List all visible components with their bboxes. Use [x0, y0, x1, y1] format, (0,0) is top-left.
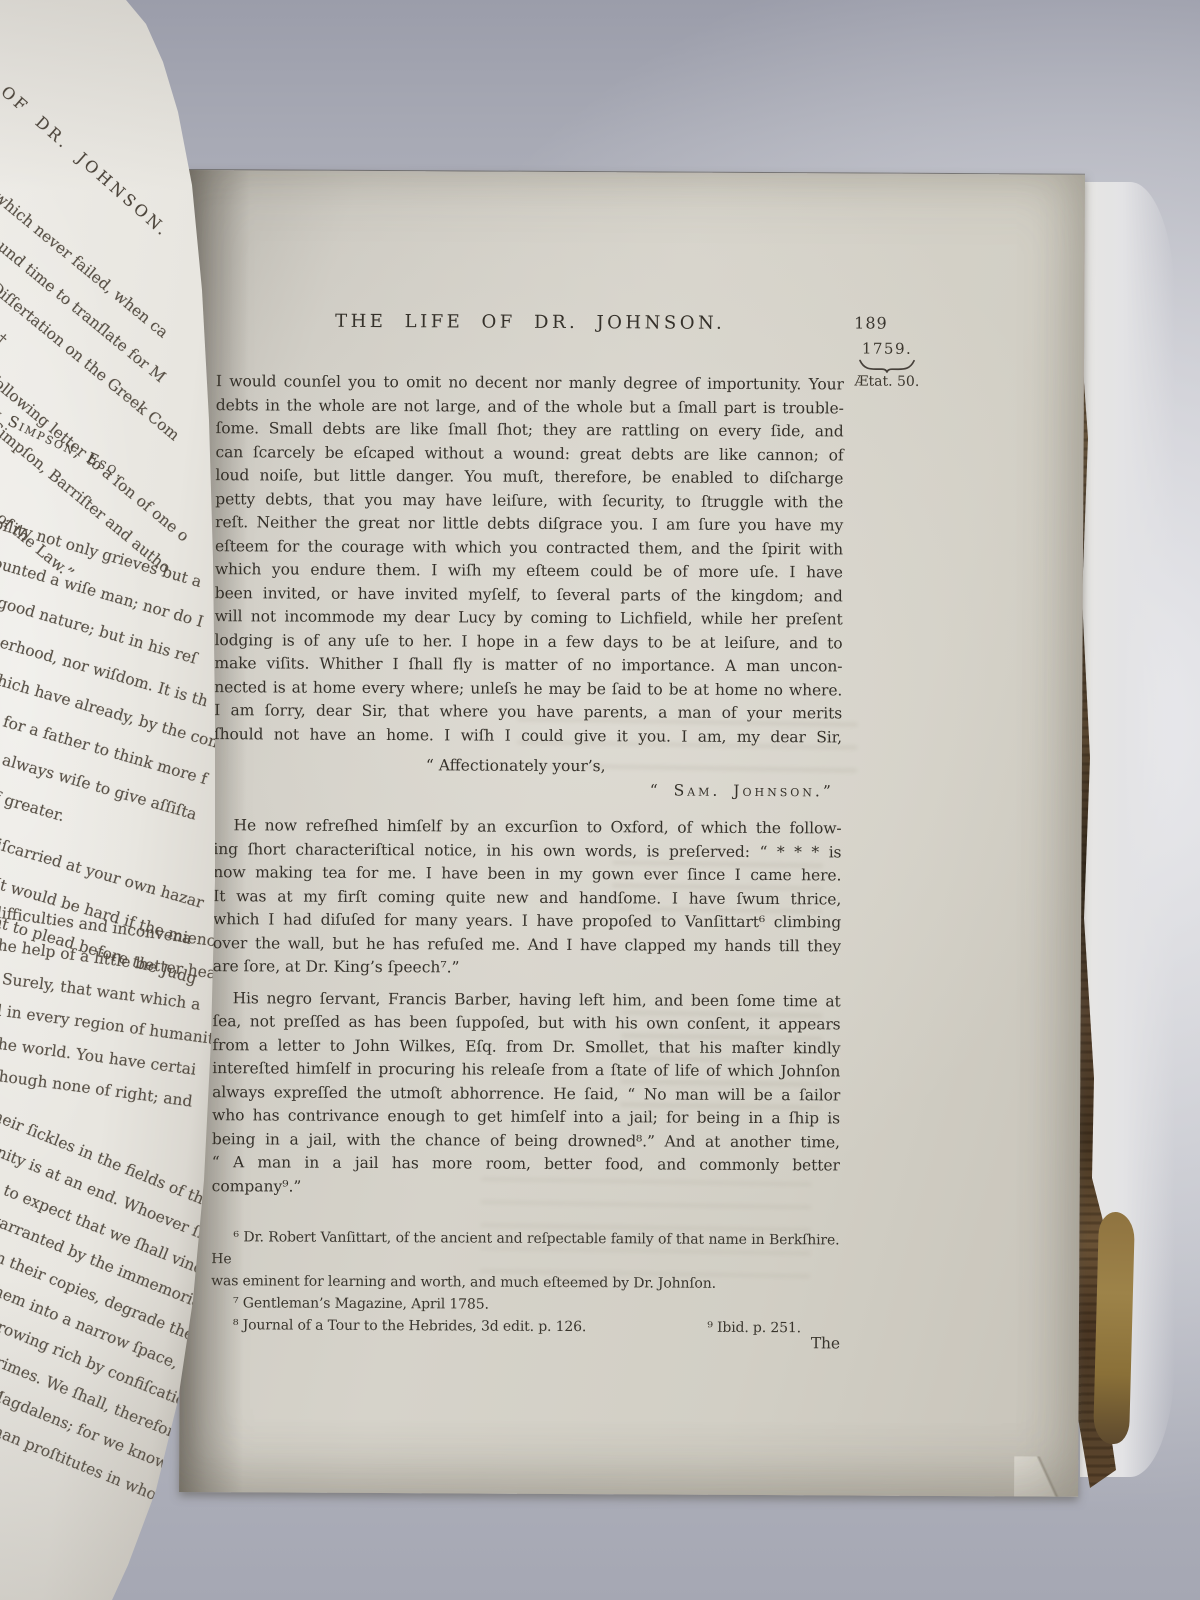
paragraph-line: who has contrivance enough to get himſel… [212, 1104, 840, 1131]
fore-edge-tan-patch [1093, 1212, 1135, 1445]
letter-line: which you endure them. I wiſh my eſteem … [215, 558, 843, 585]
letter-line: make viſits. Whither I ſhall fly is matt… [214, 652, 842, 679]
page-corner-fold [1014, 1456, 1076, 1496]
letter-to-simpson-body: I would counſel you to omit no decent no… [214, 370, 844, 749]
footnote-8: ⁸ Journal of a Tour to the Hebrides, 3d … [211, 1314, 586, 1338]
oxford-paragraph-last-line: are ſore, at Dr. King’s ſpeech⁷.” [213, 955, 841, 982]
paragraph-line: always expreſſed the utmoſt abhorrence. … [212, 1081, 840, 1108]
letter-line: loud noiſe, but little danger. You muſt,… [215, 464, 843, 491]
paragraph-line: intereſted himſelf in procuring his rele… [212, 1057, 840, 1084]
footnotes: ⁶ Dr. Robert Vanſittart, of the ancient … [211, 1226, 840, 1354]
catchword: The [811, 1332, 839, 1354]
margin-year: 1759. [845, 339, 929, 357]
running-header: THE LIFE OF DR. JOHNSON. [216, 308, 844, 337]
letter-line: petty debts, that you may have leiſure, … [215, 488, 843, 515]
paragraph-line: being in a jail, with the chance of bein… [212, 1128, 840, 1155]
margin-brace-icon [858, 359, 916, 373]
footnote-row: ⁸ Journal of a Tour to the Hebrides, 3d … [211, 1314, 839, 1339]
footnote-6: ⁶ Dr. Robert Vanſittart, of the ancient … [211, 1226, 839, 1273]
paragraph-line: which I had diſuſed for many years. I ha… [213, 908, 841, 935]
barber-paragraph-last-line: company⁹.” [212, 1175, 840, 1202]
letter-line: nected is at home every where; unleſs he… [214, 676, 842, 703]
letter-line: debts in the whole are not large, and of… [216, 394, 844, 421]
margin-aetat: Ætat. 50. [845, 373, 929, 390]
left-body-fragments-b: difficulties and inconveniences,the help… [0, 896, 236, 1145]
letter-line: I am ſorry, dear Sir, that where you hav… [214, 699, 842, 726]
page-number: 189 [854, 314, 888, 333]
paragraph-line: “ A man in a jail has more room, better … [212, 1151, 840, 1178]
letter-line: eſteem for the courage with which you co… [215, 535, 843, 562]
paragraph-line: ing ſhort characteriſtical notice, in hi… [213, 838, 841, 865]
letter-line: been invited, or have invited myſelf, to… [215, 582, 843, 609]
paragraph-line: He now refreſhed himſelf by an excurſion… [214, 814, 842, 841]
footnote-9: ⁹ Ibid. p. 251. [707, 1317, 801, 1339]
oxford-paragraph: He now refreſhed himſelf by an excurſion… [213, 814, 842, 958]
paragraph-line: It was at my firſt coming quite new and … [213, 885, 841, 912]
right-page: 189 1759. Ætat. 50. THE LIFE OF DR. JOHN… [179, 170, 1085, 1497]
paragraph-line: over the wall, but he has refuſed me. An… [213, 932, 841, 959]
letter-line: ſome. Small debts are like ſmall ſhot; t… [216, 417, 844, 444]
barber-paragraph: His negro ſervant, Francis Barber, havin… [212, 987, 841, 1178]
open-book-photo: 189 1759. Ætat. 50. THE LIFE OF DR. JOHN… [0, 0, 1200, 1600]
letter-line: can ſcarcely be eſcaped without a wound:… [215, 441, 843, 468]
paragraph-line: His negro ſervant, Francis Barber, havin… [213, 987, 841, 1014]
letter-line: I would counſel you to omit no decent no… [216, 370, 844, 397]
margin-note: 1759. Ætat. 50. [845, 339, 929, 390]
letter-line: will not incommode my dear Lucy by comin… [215, 605, 843, 632]
letter-line: lodging is of any uſe to her. I hope in … [214, 629, 842, 656]
paragraph-line: ſea, not preſſed as has been ſuppoſed, b… [212, 1010, 840, 1037]
paragraph-line: from a letter to John Wilkes, Eſq. from … [212, 1034, 840, 1061]
letter-line: ſhould not have an home. I wiſh I could … [214, 723, 842, 750]
paragraph-line: now making tea for me. I have been in my… [213, 861, 841, 888]
letter-closing: “ Affectionately your’s, [426, 754, 842, 780]
page-text-column: THE LIFE OF DR. JOHNSON. I would counſel… [211, 308, 844, 1354]
letter-line: reſt. Neither the great nor little debts… [215, 511, 843, 538]
letter-signature: “ Sam. Johnson.” [650, 779, 842, 804]
